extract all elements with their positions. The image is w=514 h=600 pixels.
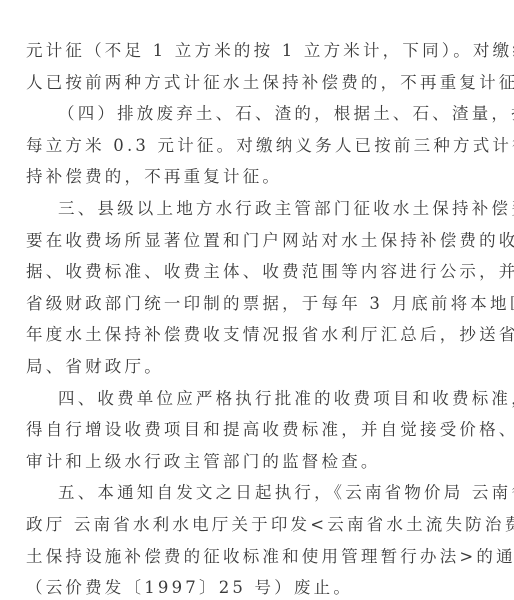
text-line: 元计征（不足 1 立方米的按 1 立方米计，下同）。对缴纳义务 — [26, 40, 490, 62]
text-line: 三、县级以上地方水行政主管部门征收水土保持补偿费， — [58, 198, 490, 220]
text-line: 政厅 云南省水利水电厅关于印发<云南省水土流失防治费及水 — [26, 514, 490, 536]
text-line: 土保持设施补偿费的征收标准和使用管理暂行办法>的通知》 — [26, 546, 490, 568]
text-line: （四）排放废弃土、石、渣的，根据土、石、渣量，按照 — [58, 103, 490, 125]
text-line: 得自行增设收费项目和提高收费标准，并自觉接受价格、财政、 — [26, 419, 490, 441]
text-line: 每立方米 0.3 元计征。对缴纳义务人已按前三种方式计征水土保 — [26, 135, 490, 157]
text-line: 持补偿费的，不再重复计征。 — [26, 166, 490, 188]
text-line: 局、省财政厅。 — [26, 356, 490, 378]
text-line: （云价费发〔1997〕25 号）废止。 — [26, 577, 490, 599]
text-line: 审计和上级水行政主管部门的监督检查。 — [26, 451, 490, 473]
text-line: 四、收费单位应严格执行批准的收费项目和收费标准，不 — [58, 388, 490, 410]
text-line: 省级财政部门统一印制的票据，于每年 3 月底前将本地区上一 — [26, 293, 490, 315]
text-line: 据、收费标准、收费主体、收费范围等内容进行公示，并使用 — [26, 261, 490, 283]
text-line: 年度水土保持补偿费收支情况报省水利厅汇总后，抄送省物价 — [26, 324, 490, 346]
text-line: 五、本通知自发文之日起执行，《云南省物价局 云南省财 — [58, 482, 490, 504]
document-page: 元计征（不足 1 立方米的按 1 立方米计，下同）。对缴纳义务 人已按前两种方式… — [0, 0, 514, 600]
text-line: 人已按前两种方式计征水土保持补偿费的，不再重复计征。 — [26, 72, 490, 94]
text-line: 要在收费场所显著位置和门户网站对水土保持补偿费的收费依 — [26, 230, 490, 252]
